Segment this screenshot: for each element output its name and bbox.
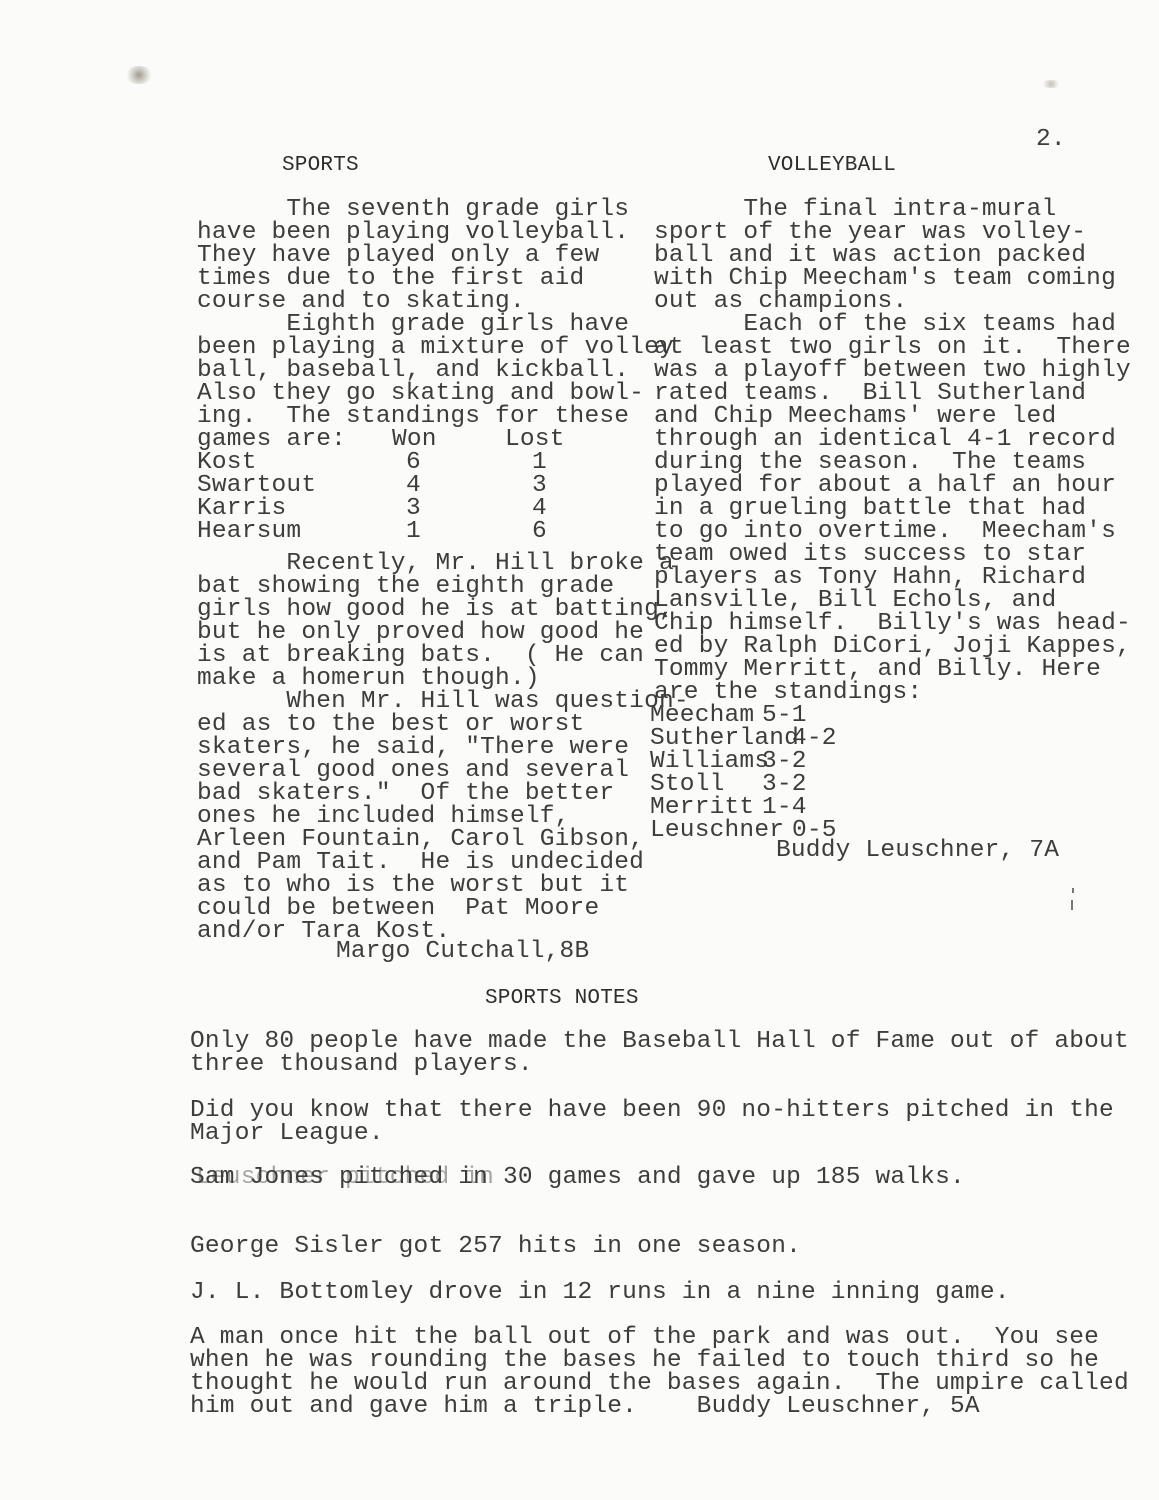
text-line: players as Tony Hahn, Richard: [654, 566, 1086, 589]
volleyball-team-record: 3-2: [762, 750, 807, 773]
volleyball-team-name: Meecham: [650, 704, 754, 727]
text-line: and Pam Tait. He is undecided: [197, 851, 644, 874]
text-line: course and to skating.: [197, 290, 525, 313]
text-line: bad skaters." Of the better: [197, 782, 614, 805]
byline-buddy-7a: Buddy Leuschner, 7A: [776, 839, 1059, 862]
standings-header-won: Won: [392, 428, 437, 451]
text-line: Tommy Merritt, and Billy. Here: [654, 658, 1101, 681]
text-line: at least two girls on it. There: [654, 336, 1131, 359]
volleyball-team-name: Stoll: [650, 773, 725, 796]
text-line: The final intra-mural: [654, 198, 1056, 221]
sports-note-line: thought he would run around the bases ag…: [190, 1372, 1129, 1395]
text-line: in a grueling battle that had: [654, 497, 1086, 520]
document-page: 2. SPORTS The seventh grade girlshave be…: [0, 0, 1159, 1500]
standings-team-name: Kost: [197, 451, 257, 474]
text-line: was a playoff between two highly: [654, 359, 1131, 382]
text-line: through an identical 4-1 record: [654, 428, 1116, 451]
text-line: times due to the first aid: [197, 267, 584, 290]
volleyball-team-record: 4-2: [792, 727, 837, 750]
page-number: 2.: [1036, 128, 1066, 151]
text-line: Lansville, Bill Echols, and: [654, 589, 1056, 612]
text-line: Chip himself. Billy's was head-: [654, 612, 1131, 635]
text-line: make a homerun though.): [197, 667, 540, 690]
sports-note-line: J. L. Bottomley drove in 12 runs in a ni…: [190, 1281, 1010, 1304]
heading-sports: SPORTS: [282, 154, 359, 177]
standings-team-name: Hearsum: [197, 520, 301, 543]
sports-note-line: when he was rounding the bases he failed…: [190, 1349, 1099, 1372]
text-line: Also they go skating and bowl-: [197, 382, 644, 405]
heading-volleyball: VOLLEYBALL: [768, 154, 896, 177]
standings-lost-value: 4: [532, 497, 547, 520]
sports-note-line: him out and gave him a triple. Buddy Leu…: [190, 1395, 980, 1418]
standings-won-value: 6: [406, 451, 421, 474]
text-line: ed by Ralph DiCori, Joji Kappes,: [654, 635, 1131, 658]
text-line: girls how good he is at batting,: [197, 598, 674, 621]
standings-team-name: Karris: [197, 497, 286, 520]
byline-margo: Margo Cutchall,8B: [336, 940, 589, 963]
sports-note-line: Only 80 people have made the Baseball Ha…: [190, 1030, 1129, 1053]
text-line: ones he included himself,: [197, 805, 570, 828]
text-line: ball and it was action packed: [654, 244, 1086, 267]
text-line: have been playing volleyball.: [197, 221, 629, 244]
text-line: They have played only a few: [197, 244, 599, 267]
volleyball-team-name: Williams: [650, 750, 769, 773]
text-line: bat showing the eighth grade: [197, 575, 614, 598]
text-line: been playing a mixture of volley: [197, 336, 674, 359]
standings-lost-value: 6: [532, 520, 547, 543]
sports-note-line: George Sisler got 257 hits in one season…: [190, 1235, 801, 1258]
standings-won-value: 4: [406, 474, 421, 497]
sports-note-line: three thousand players.: [190, 1053, 533, 1076]
heading-sports-notes: SPORTS NOTES: [485, 987, 639, 1010]
text-line: out as champions.: [654, 290, 907, 313]
text-line: with Chip Meecham's team coming: [654, 267, 1116, 290]
volleyball-team-name: Sutherland: [650, 727, 799, 750]
text-line: Eighth grade girls have: [197, 313, 629, 336]
standings-header-lost: Lost: [505, 428, 565, 451]
text-line: When Mr. Hill was question-: [197, 690, 689, 713]
standings-lost-value: 1: [532, 451, 547, 474]
ink-mark: [1040, 80, 1062, 88]
volleyball-team-record: 1-4: [762, 796, 807, 819]
volleyball-team-name: Merritt: [650, 796, 754, 819]
volleyball-team-name: Leuschner: [650, 819, 784, 842]
sports-note-line: A man once hit the ball out of the park …: [190, 1326, 1099, 1349]
overstrike-layer: Leuschner pitched in: [196, 1166, 494, 1189]
text-line: ball, baseball, and kickball.: [197, 359, 629, 382]
stray-mark: [1071, 900, 1073, 910]
standings-won-value: 3: [406, 497, 421, 520]
text-line: rated teams. Bill Sutherland: [654, 382, 1086, 405]
text-line: Each of the six teams had: [654, 313, 1116, 336]
text-line: are the standings:: [654, 681, 922, 704]
text-line: and Chip Meechams' were led: [654, 405, 1056, 428]
ink-smudge: [124, 66, 154, 84]
standings-won-value: 1: [406, 520, 421, 543]
text-line: The seventh grade girls: [197, 198, 629, 221]
text-line: ed as to the best or worst: [197, 713, 584, 736]
text-line: played for about a half an hour: [654, 474, 1116, 497]
sports-note-line: Major League.: [190, 1122, 384, 1145]
text-line: team owed its success to star: [654, 543, 1086, 566]
volleyball-team-record: 3-2: [762, 773, 807, 796]
sports-note-line: Did you know that there have been 90 no-…: [190, 1099, 1114, 1122]
text-line: sport of the year was volley-: [654, 221, 1086, 244]
standings-lost-value: 3: [532, 474, 547, 497]
text-line: during the season. The teams: [654, 451, 1086, 474]
volleyball-team-record: 5-1: [762, 704, 807, 727]
text-line: Arleen Fountain, Carol Gibson,: [197, 828, 644, 851]
text-line: Recently, Mr. Hill broke a: [197, 552, 674, 575]
text-line: several good ones and several: [197, 759, 629, 782]
text-line: is at breaking bats. ( He can: [197, 644, 644, 667]
text-line: but he only proved how good he: [197, 621, 644, 644]
text-line: as to who is the worst but it: [197, 874, 629, 897]
stray-mark: [1072, 888, 1074, 893]
standings-team-name: Swartout: [197, 474, 316, 497]
text-line: to go into overtime. Meecham's: [654, 520, 1116, 543]
text-line: skaters, he said, "There were: [197, 736, 629, 759]
text-line: could be between Pat Moore: [197, 897, 599, 920]
standings-header-label: games are:: [197, 428, 346, 451]
text-line: ing. The standings for these: [197, 405, 629, 428]
